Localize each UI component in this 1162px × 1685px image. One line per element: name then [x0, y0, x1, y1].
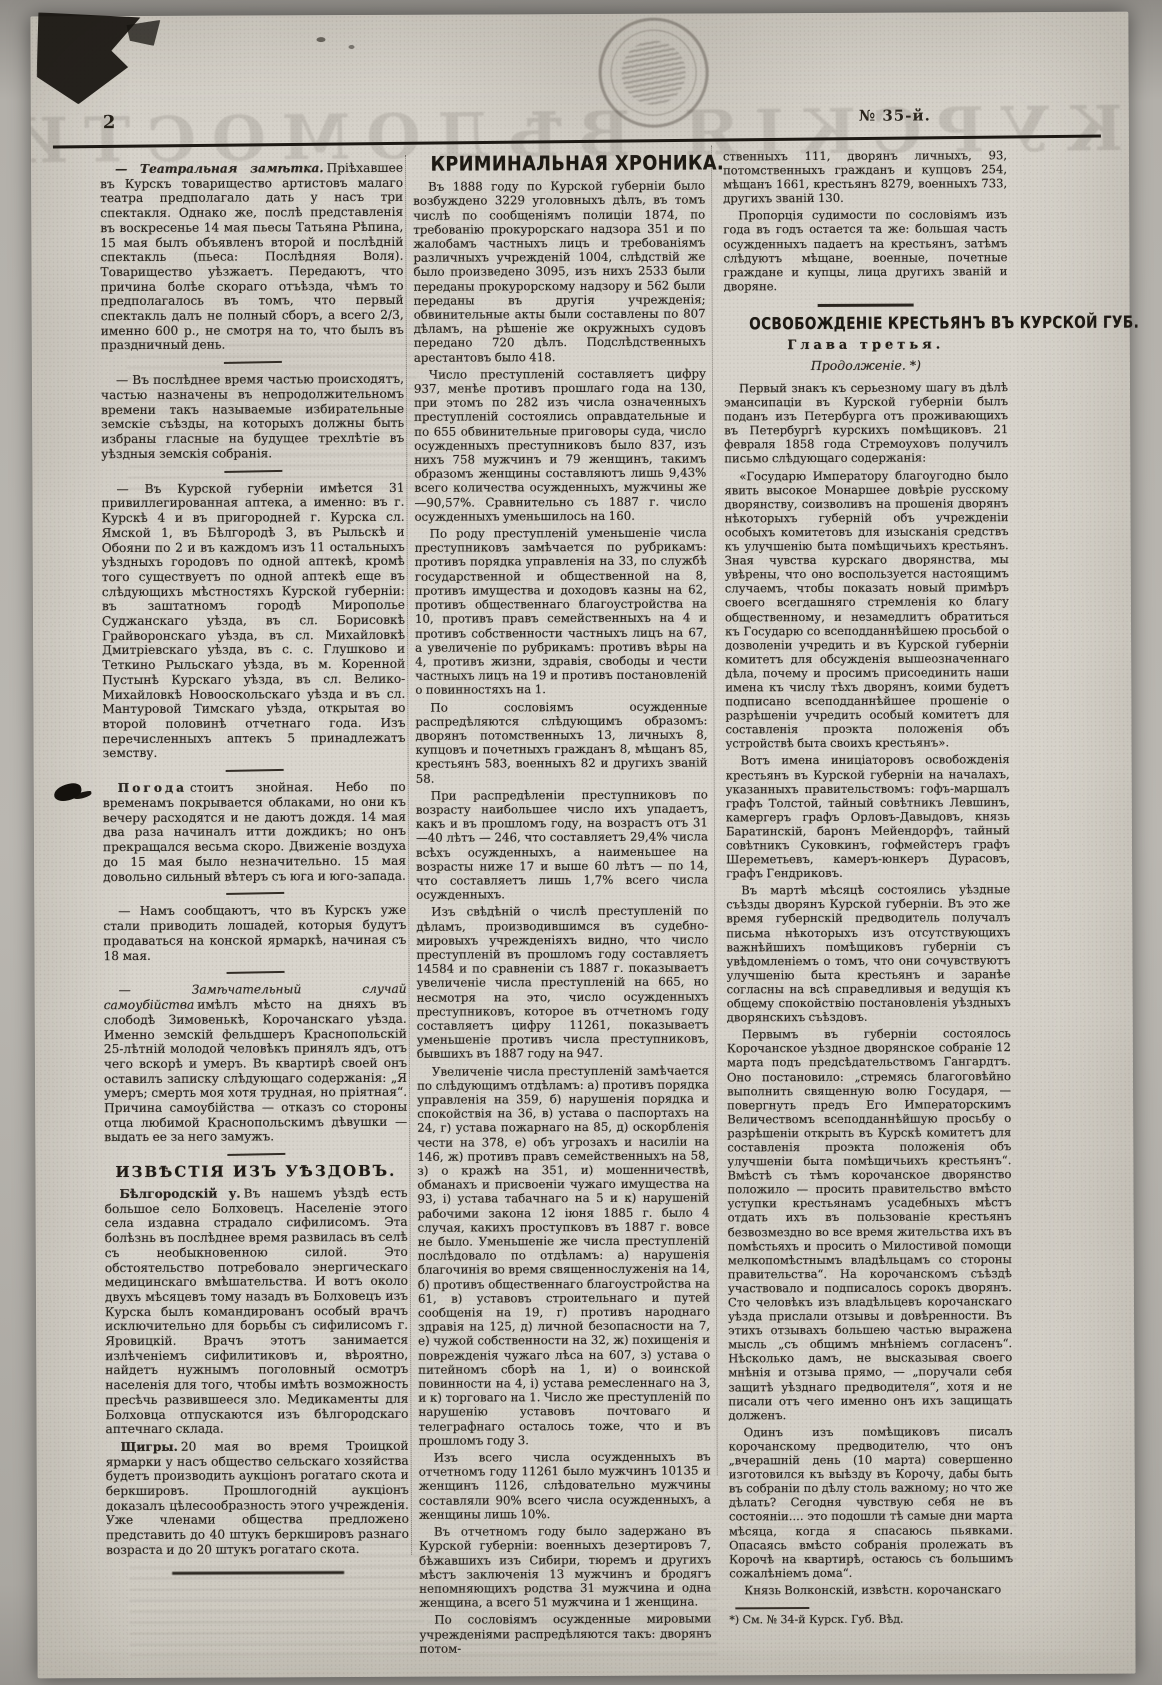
article-paragraph: По роду преступленій уменьшеніе числа пр…	[415, 526, 708, 698]
footnote-text: *) См. № 34-й Курск. Губ. Вѣд.	[729, 1612, 903, 1626]
continuation-paragraph: ственныхъ 111, дворянъ личныхъ, 93, пото…	[723, 148, 1007, 206]
item-text: стоитъ знойная. Небо по временамъ покрыв…	[103, 780, 406, 884]
news-item: Погодастоитъ знойная. Небо по временамъ …	[103, 780, 406, 884]
news-item: — Замѣчательный случай самоубійстваимѣлъ…	[104, 982, 408, 1145]
newspaper-page: КУРСКІЯ ВѢДОМОСТИ 2 № 35-й. — Театральна…	[30, 12, 1135, 1679]
column-end-rule	[172, 1571, 344, 1575]
item-lead: — Театральная замѣтка.	[115, 161, 324, 176]
article-paragraph: Вотъ имена иниціаторовъ освобожденія кре…	[726, 753, 1011, 881]
news-item: — Въ Курской губерніи имѣется 31 привилл…	[101, 481, 405, 762]
article-paragraph: При распредѣленіи преступниковъ по возра…	[416, 787, 708, 902]
article-paragraph: По сословіямъ осужденные распредѣляются …	[415, 699, 707, 785]
article-paragraph: Число преступленій составляетъ цифру 937…	[414, 366, 707, 524]
column-middle: КРИМИНАЛЬНАЯ ХРОНИКА. Въ 1888 году по Ку…	[413, 153, 712, 1658]
article-paragraph: Одинъ изъ помѣщиковъ писалъ корочанскому…	[729, 1424, 1014, 1580]
district-text: Въ нашемъ уѣздѣ есть большое село Болхов…	[105, 1186, 409, 1437]
news-item: — Намъ сообщаютъ, что въ Курскъ уже стал…	[103, 903, 406, 963]
footnote: *) См. № 34-й Курск. Губ. Вѣд.	[729, 1606, 1013, 1627]
scan-background: { "page": { "page_number": "2", "issue_n…	[0, 0, 1162, 1685]
article-paragraph: Въ 1888 году по Курской губерніи было во…	[413, 179, 706, 365]
news-item: — Въ послѣднее время частью происходятъ,…	[101, 372, 404, 462]
district-lead: Бѣлгородскій у.	[119, 1187, 240, 1202]
column-right: ственныхъ 111, дворянъ личныхъ, 93, пото…	[723, 148, 1013, 1627]
section-divider	[226, 892, 284, 895]
article-divider	[818, 303, 914, 306]
district-news-item: Бѣлгородскій у.Въ нашемъ уѣздѣ есть боль…	[104, 1186, 408, 1437]
article-paragraph: Увеличеніе числа преступленій замѣчается…	[417, 1063, 711, 1448]
article-paragraph: Изъ свѣдѣній о числѣ преступленій по дѣл…	[416, 904, 709, 1062]
item-lead: Погода	[118, 781, 187, 795]
item-text: имѣлъ мѣсто на дняхъ въ слободѣ Зимовень…	[104, 997, 408, 1145]
ink-speck	[349, 45, 355, 49]
ink-speck	[316, 37, 325, 42]
ink-blot	[52, 781, 83, 803]
district-news-item: Щигры.20 мая во время Троицкой ярмарки у…	[106, 1439, 410, 1558]
section-heading-uezd-news: ИЗВѢСТІЯ ИЗЪ УѢЗДОВЪ.	[104, 1164, 407, 1180]
section-divider	[223, 361, 281, 364]
district-text: 20 мая во время Троицкой ярмарки у насъ …	[106, 1439, 409, 1557]
section-divider	[227, 1153, 285, 1156]
section-divider	[226, 971, 284, 974]
article-byline: Князь Волконскій, извѣстн. корочанскаго	[729, 1582, 1013, 1597]
column-left: — Театральная замѣтка.Пріѣхавшее въ Курс…	[100, 161, 409, 1575]
item-text: Пріѣхавшее въ Курскъ товарищество артист…	[100, 161, 404, 353]
article-paragraph: Изъ всего числа осужденныхъ въ отчетномъ…	[419, 1450, 711, 1522]
chapter-heading: Глава третья.	[724, 338, 1008, 353]
article-heading-criminal-chronicle: КРИМИНАЛЬНАЯ ХРОНИКА.	[431, 156, 688, 171]
article-paragraph: Первымъ въ губерніи состоялось Корочанск…	[727, 1026, 1013, 1422]
page-number: 2	[103, 112, 116, 133]
torn-corner-mark	[36, 12, 140, 104]
item-text: — Въ послѣднее время частью происходятъ,…	[101, 372, 404, 461]
article-paragraph: По сословіямъ осужденные мировыми учрежд…	[419, 1612, 711, 1656]
article-paragraph: Въ мартѣ мѣсяцѣ состоялись уѣздные съѣзд…	[726, 882, 1011, 1024]
item-text: — Въ Курской губерніи имѣется 31 привилл…	[101, 481, 405, 761]
item-text: — Намъ сообщаютъ, что въ Курскъ уже стал…	[103, 903, 406, 962]
footnote-rule	[735, 1607, 809, 1609]
section-divider	[224, 469, 282, 472]
column-rule-right	[711, 145, 718, 1475]
article-paragraph: Въ отчетномъ году было задержано въ Курс…	[419, 1524, 711, 1610]
article-heading-peasant-liberation: ОСВОБОЖДЕНІЕ КРЕСТЬЯНЪ ВЪ КУРСКОЙ ГУБ.	[749, 316, 982, 331]
article-paragraph: Первый знакъ къ серьезному шагу въ дѣлѣ …	[724, 380, 1008, 466]
news-item: — Театральная замѣтка.Пріѣхавшее въ Курс…	[100, 161, 404, 353]
continuation-note: Продолженіе. *)	[724, 358, 1008, 373]
article-paragraph: Пропорція судимости по сословіямъ изъ го…	[723, 208, 1007, 294]
issue-number: № 35-й.	[859, 106, 931, 124]
district-lead: Щигры.	[121, 1440, 178, 1454]
article-paragraph: «Государю Императору благоугодно было яв…	[724, 468, 1009, 751]
section-divider	[225, 769, 283, 772]
